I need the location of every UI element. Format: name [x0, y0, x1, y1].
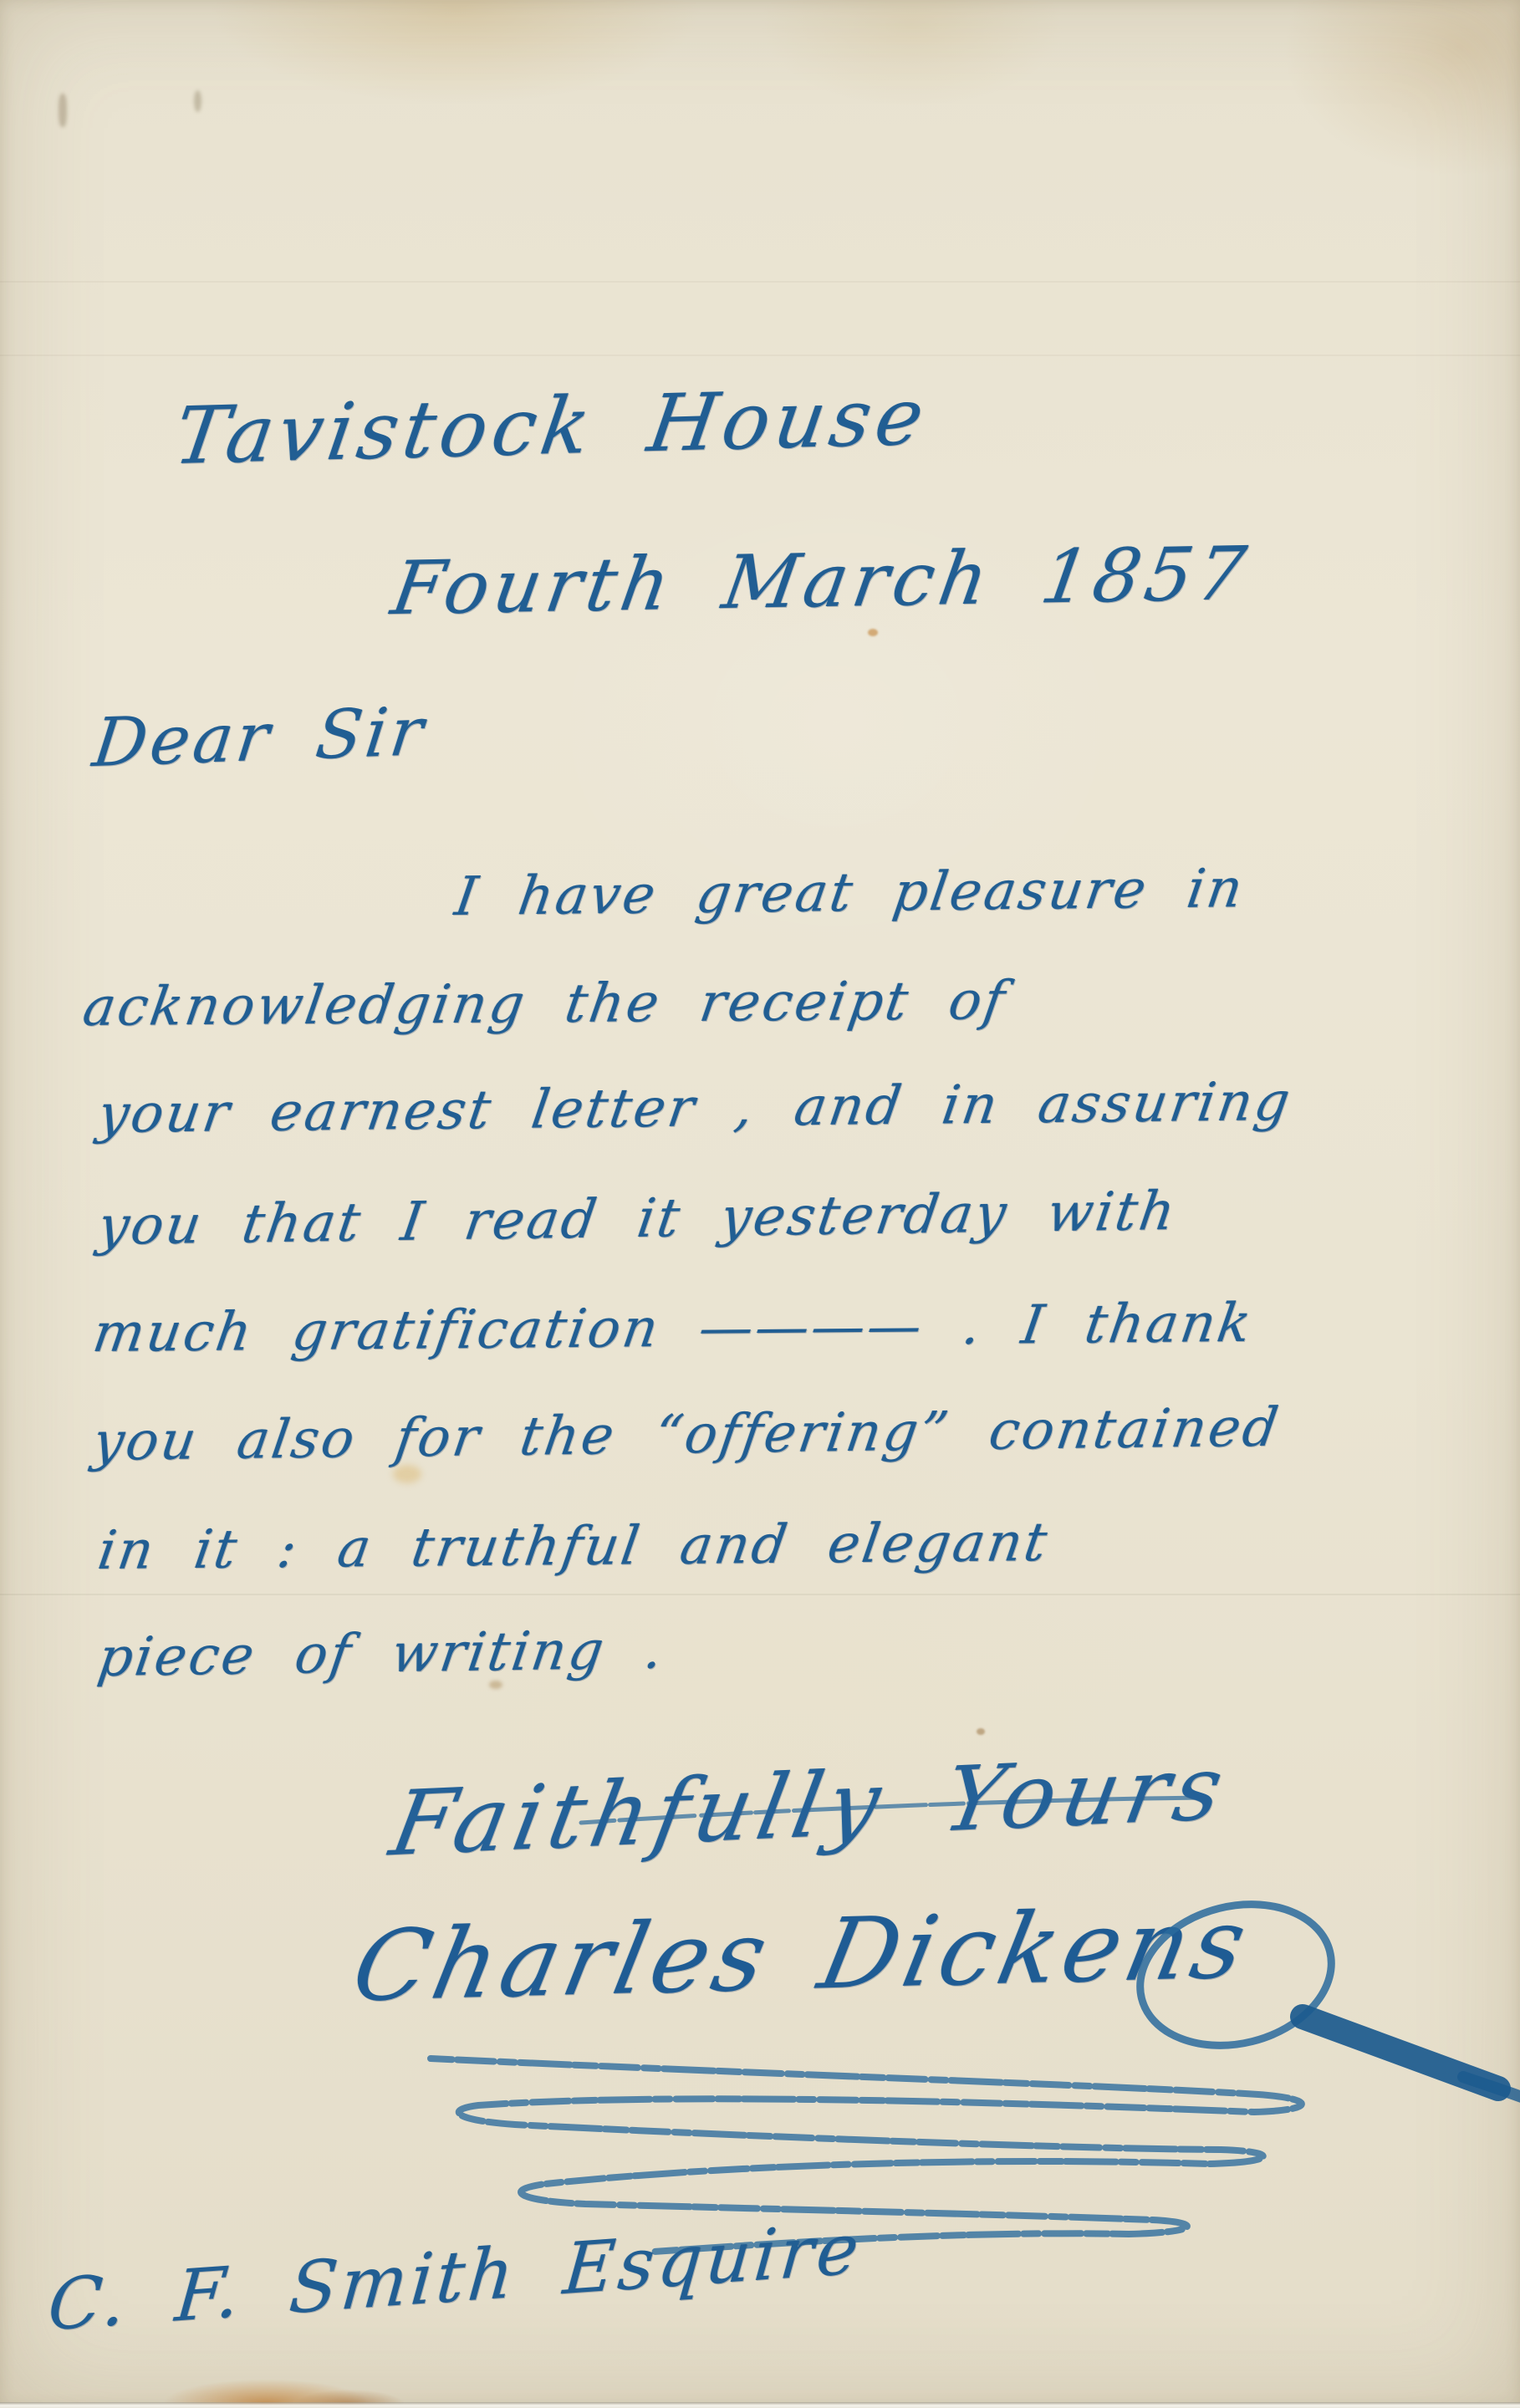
- body-line: piece of writing .: [94, 1619, 669, 1689]
- paper-stain: [59, 94, 67, 127]
- body-line: you that I read it yesterday with: [94, 1181, 1181, 1258]
- paper-crease: [0, 355, 1520, 356]
- body-line: much gratification ———— . I thank: [89, 1293, 1257, 1365]
- body-line: I have great pleasure in: [451, 858, 1249, 928]
- salutation-line: Dear Sir: [89, 692, 431, 782]
- paper-crease: [0, 1594, 1520, 1595]
- body-line: you also for the “offering” contained: [89, 1397, 1284, 1473]
- paper-stain: [868, 629, 878, 636]
- letter-page: Tavistock House Fourth March 1857 Dear S…: [0, 0, 1520, 2408]
- scan-edge: [0, 2402, 1520, 2408]
- paper-crease: [0, 281, 1520, 283]
- address-line: Tavistock House: [169, 371, 935, 482]
- body-line: your earnest letter , and in assuring: [94, 1071, 1297, 1145]
- date-line: Fourth March 1857: [386, 530, 1257, 631]
- body-line: acknowledging the receipt of: [79, 970, 1011, 1038]
- paper-stain: [977, 1728, 985, 1735]
- paper-stain: [194, 90, 201, 112]
- body-line: in it : a truthful and elegant: [94, 1512, 1053, 1582]
